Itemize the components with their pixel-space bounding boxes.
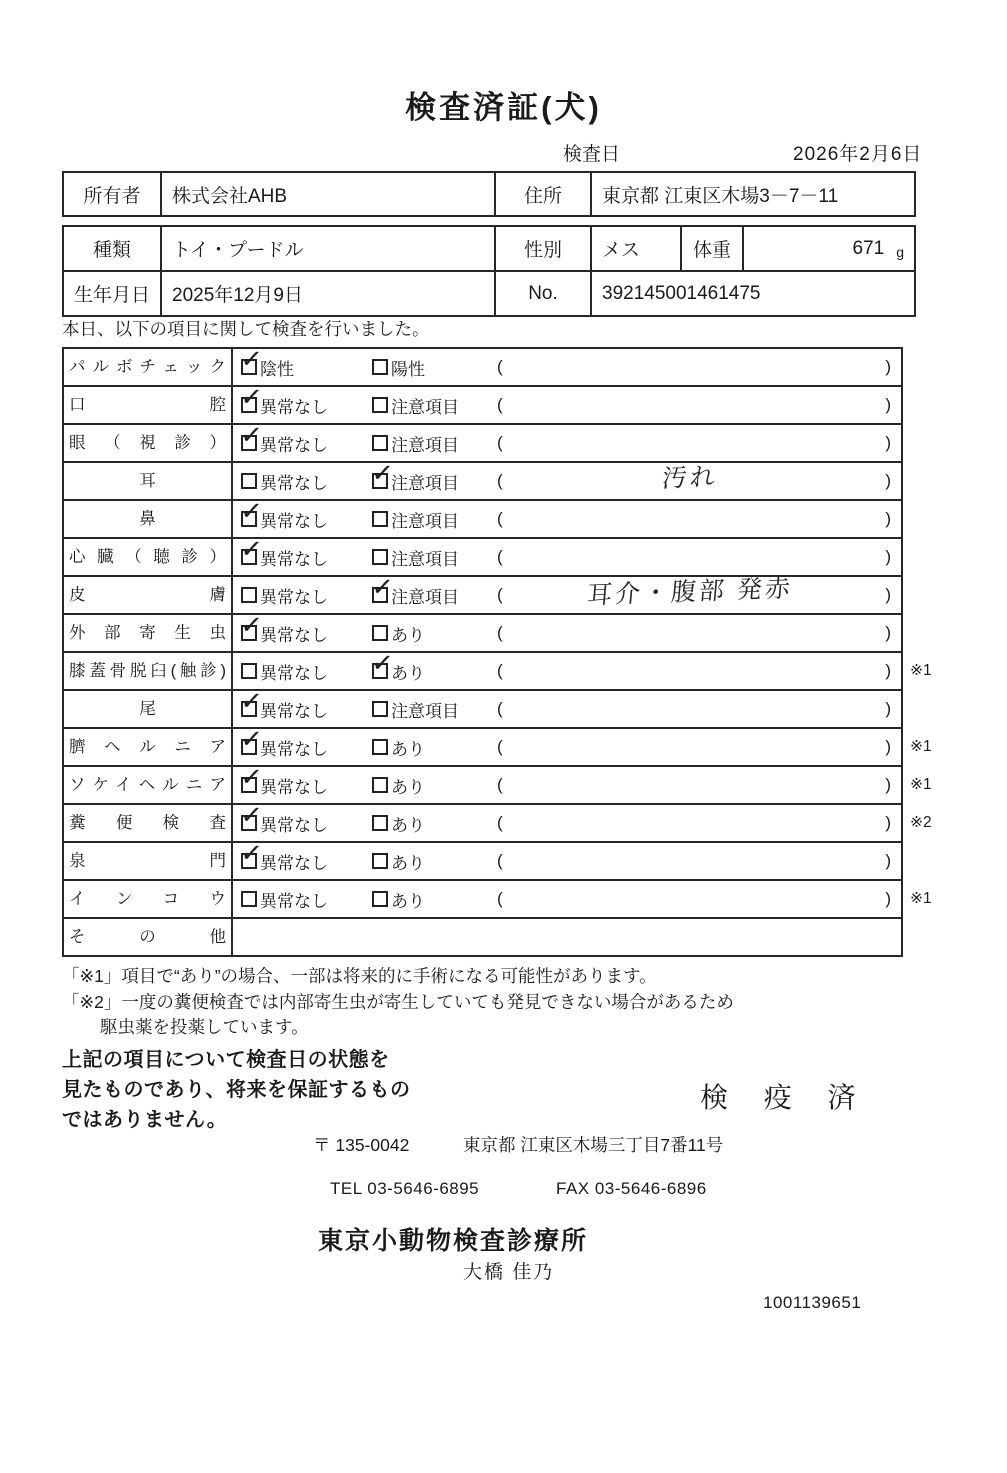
paren-open: ( [497,729,503,765]
option-label: 異常なし [260,697,328,722]
option-label: 注意項目 [391,431,459,456]
row-content [233,919,901,955]
clinic-tel: TEL 03-5646-6895 [330,1179,479,1199]
checkbox-icon: ✓ [241,359,257,375]
row-content: ✓異常なし注意項目() [233,501,901,537]
checklist-row: 皮膚異常なし✓注意項目()耳介・腹部 発赤 [64,575,901,613]
owner-name: 株式会社AHB [160,173,494,215]
paren-close: ) [885,387,891,423]
footnote-2-cont: 駆虫薬を投薬しています。 [100,1014,309,1039]
option-label: 陰性 [260,355,294,380]
row-content: 異常なし✓あり() [233,653,901,689]
checklist-table: パルボチェック✓陰性陽性()口腔✓異常なし注意項目()眼（視診）✓異常なし注意項… [62,347,903,957]
paren-open: ( [497,463,503,499]
paren-close: ) [885,805,891,841]
checkbox-option: 異常なし [241,653,328,689]
owner-address: 東京都 江東区木場3－7－11 [590,173,914,215]
item-label: 膝蓋骨脱臼(触診) [64,653,233,689]
checkbox-icon [372,853,388,869]
paren-open: ( [497,805,503,841]
paren-close: ) [885,349,891,385]
item-label: 臍ヘルニア [64,729,233,765]
paren-open: ( [497,577,503,613]
sex-value: メス [590,227,680,270]
checklist-row: ソケイヘルニア✓異常なしあり()※1 [64,765,901,803]
intro-text: 本日、以下の項目に関して検査を行いました。 [62,316,430,341]
option-label: 異常なし [260,545,328,570]
option-label: 異常なし [260,469,328,494]
item-label: 鼻 [64,501,233,537]
option-label: 異常なし [260,773,328,798]
checkbox-option: あり [372,881,425,917]
paren-close: ) [885,539,891,575]
option-label: あり [391,659,425,684]
checklist-row: 糞便検査✓異常なしあり()※2 [64,803,901,841]
serial-number: 1001139651 [763,1293,861,1313]
item-label: 泉門 [64,843,233,879]
checkbox-icon: ✓ [241,853,257,869]
paren-open: ( [497,691,503,727]
checkbox-option: ✓異常なし [241,729,328,765]
checklist-row: 外部寄生虫✓異常なしあり() [64,613,901,651]
pet-row-2: 生年月日 2025年12月9日 No. 392145001461475 [64,270,914,315]
no-label: No. [494,272,590,315]
veterinarian-name: 大橋 佳乃 [463,1257,554,1284]
checkbox-option: ✓異常なし [241,425,328,461]
checklist-row: 口腔✓異常なし注意項目() [64,385,901,423]
checkbox-option: あり [372,729,425,765]
paren-open: ( [497,615,503,651]
option-label: あり [391,887,425,912]
option-label: 異常なし [260,507,328,532]
row-content: ✓異常なしあり() [233,843,901,879]
checkbox-icon [241,891,257,907]
option-label: 注意項目 [391,469,459,494]
checkbox-icon [241,587,257,603]
checkbox-icon [241,663,257,679]
footnote-ref-mark: ※1 [910,729,932,765]
paren-close: ) [885,881,891,917]
checkbox-icon [241,473,257,489]
checkbox-icon [372,891,388,907]
owner-table: 所有者 株式会社AHB 住所 東京都 江東区木場3－7－11 [62,171,916,217]
checklist-row: パルボチェック✓陰性陽性() [64,349,901,385]
paren-close: ) [885,653,891,689]
checkbox-icon [372,359,388,375]
checkbox-icon [372,739,388,755]
option-label: 異常なし [260,887,328,912]
disclaimer-line-3: ではありません。 [62,1103,227,1132]
checklist-row: その他 [64,917,901,955]
checkbox-option: 陽性 [372,349,425,385]
option-label: 注意項目 [391,697,459,722]
weight-label: 体重 [680,227,742,270]
row-content: ✓異常なしあり() [233,615,901,651]
checkbox-icon [372,435,388,451]
clinic-fax: FAX 03-5646-6896 [556,1179,707,1199]
option-label: 注意項目 [391,545,459,570]
checkbox-icon: ✓ [241,549,257,565]
page-title: 検査済証(犬) [0,82,1007,127]
weight-number: 671 [853,238,885,260]
clinic-postal-code: 〒 135-0042 [313,1132,409,1157]
paren-open: ( [497,653,503,689]
checkbox-option: ✓あり [372,653,425,689]
checkbox-icon: ✓ [241,625,257,641]
item-label: 心臓（聴診） [64,539,233,575]
checklist-row: 鼻✓異常なし注意項目() [64,499,901,537]
paren-open: ( [497,387,503,423]
checkbox-icon: ✓ [241,701,257,717]
footnote-2: 「※2」一度の糞便検査では内部寄生虫が寄生していても発見できない場合があるため [62,989,734,1014]
row-content: 異常なしあり() [233,881,901,917]
row-content: ✓陰性陽性() [233,349,901,385]
checkbox-option: ✓異常なし [241,539,328,575]
checkbox-icon [372,701,388,717]
footnote-ref-mark: ※1 [910,881,932,917]
exam-date-value: 2026年2月6日 [793,139,922,166]
disclaimer-line-1: 上記の項目について検査日の状態を [62,1043,390,1072]
option-label: 異常なし [260,811,328,836]
checkbox-icon: ✓ [241,815,257,831]
item-label: 口腔 [64,387,233,423]
checkbox-option: ✓異常なし [241,501,328,537]
footnote-ref-mark: ※2 [910,805,932,841]
breed-value: トイ・プードル [160,227,494,270]
checkbox-icon [372,511,388,527]
checkbox-icon [372,549,388,565]
row-content: ✓異常なし注意項目() [233,691,901,727]
checkbox-icon [372,777,388,793]
row-content: 異常なし✓注意項目()汚れ [233,463,901,499]
paren-close: ) [885,729,891,765]
checkbox-option: 注意項目 [372,539,459,575]
option-label: あり [391,849,425,874]
checkbox-option: あり [372,767,425,803]
checkbox-icon: ✓ [241,397,257,413]
row-content: 異常なし✓注意項目()耳介・腹部 発赤 [233,577,901,613]
checkbox-option: ✓陰性 [241,349,294,385]
item-label: インコウ [64,881,233,917]
row-content: ✓異常なしあり() [233,767,901,803]
checklist-row: 泉門✓異常なしあり() [64,841,901,879]
weight-value: 671 g [742,227,914,270]
checklist-row: 耳異常なし✓注意項目()汚れ [64,461,901,499]
checkbox-option: ✓異常なし [241,843,328,879]
checkbox-option: ✓注意項目 [372,577,459,613]
checkbox-option: ✓異常なし [241,691,328,727]
checkbox-option: ✓異常なし [241,805,328,841]
checkbox-icon: ✓ [372,663,388,679]
pet-table: 種類 トイ・プードル 性別 メス 体重 671 g 生年月日 2025年12月9… [62,225,916,317]
pet-row-1: 種類 トイ・プードル 性別 メス 体重 671 g [64,227,914,270]
checkbox-icon: ✓ [241,435,257,451]
paren-open: ( [497,843,503,879]
checkbox-icon: ✓ [372,473,388,489]
birth-value: 2025年12月9日 [160,272,494,315]
checkbox-icon: ✓ [241,511,257,527]
disclaimer-line-2: 見たものであり、将来を保証するもの [62,1073,411,1102]
option-label: 陽性 [391,355,425,380]
checkbox-option: 異常なし [241,881,328,917]
checkbox-option: 注意項目 [372,691,459,727]
checkbox-option: 異常なし [241,577,328,613]
clinic-address: 東京都 江東区木場三丁目7番11号 [463,1132,723,1157]
paren-open: ( [497,425,503,461]
paren-close: ) [885,577,891,613]
paren-close: ) [885,843,891,879]
option-label: 注意項目 [391,507,459,532]
option-label: 異常なし [260,621,328,646]
item-label: 眼（視診） [64,425,233,461]
item-label: 外部寄生虫 [64,615,233,651]
row-content: ✓異常なしあり() [233,729,901,765]
item-label: ソケイヘルニア [64,767,233,803]
clinic-name: 東京小動物検査診療所 [318,1221,588,1257]
weight-unit: g [896,244,904,260]
checkbox-option: 注意項目 [372,387,459,423]
row-content: ✓異常なし注意項目() [233,387,901,423]
item-label: 糞便検査 [64,805,233,841]
checkbox-option: 注意項目 [372,425,459,461]
sex-label: 性別 [494,227,590,270]
option-label: 異常なし [260,393,328,418]
checkbox-option: 異常なし [241,463,328,499]
option-label: 異常なし [260,431,328,456]
birth-label: 生年月日 [64,272,160,315]
option-label: あり [391,773,425,798]
paren-close: ) [885,767,891,803]
item-label: 皮膚 [64,577,233,613]
owner-label: 所有者 [64,173,160,215]
item-label: 尾 [64,691,233,727]
checkbox-icon [372,397,388,413]
paren-open: ( [497,767,503,803]
breed-label: 種類 [64,227,160,270]
address-label: 住所 [494,173,590,215]
item-label: 耳 [64,463,233,499]
option-label: 異常なし [260,583,328,608]
footnote-ref-mark: ※1 [910,653,932,689]
checkbox-icon [372,625,388,641]
paren-open: ( [497,501,503,537]
checkbox-option: ✓注意項目 [372,463,459,499]
option-label: 異常なし [260,735,328,760]
option-label: 注意項目 [391,583,459,608]
option-label: あり [391,735,425,760]
checkbox-option: ✓異常なし [241,767,328,803]
checkbox-option: ✓異常なし [241,615,328,651]
paren-close: ) [885,691,891,727]
paren-open: ( [497,349,503,385]
paren-close: ) [885,425,891,461]
checkbox-icon [372,815,388,831]
footnote-ref-mark: ※1 [910,767,932,803]
exam-date-label: 検査日 [563,139,620,166]
option-label: 異常なし [260,849,328,874]
paren-close: ) [885,501,891,537]
checkbox-option: あり [372,805,425,841]
footnote-1: 「※1」項目で“あり”の場合、一部は将来的に手術になる可能性があります。 [62,963,657,988]
checkbox-icon: ✓ [241,777,257,793]
checkbox-icon: ✓ [241,739,257,755]
item-label: パルボチェック [64,349,233,385]
checkbox-option: あり [372,843,425,879]
option-label: 注意項目 [391,393,459,418]
row-content: ✓異常なしあり() [233,805,901,841]
checkbox-icon: ✓ [372,587,388,603]
checklist-row: インコウ異常なしあり()※1 [64,879,901,917]
paren-open: ( [497,881,503,917]
option-label: あり [391,811,425,836]
paren-close: ) [885,615,891,651]
checklist-row: 尾✓異常なし注意項目() [64,689,901,727]
item-label: その他 [64,919,233,955]
checkbox-option: 注意項目 [372,501,459,537]
quarantine-stamp: 検 疫 済 [700,1076,870,1116]
paren-close: ) [885,463,891,499]
option-label: あり [391,621,425,646]
checklist-row: 臍ヘルニア✓異常なしあり()※1 [64,727,901,765]
checkbox-option: ✓異常なし [241,387,328,423]
option-label: 異常なし [260,659,328,684]
owner-row: 所有者 株式会社AHB 住所 東京都 江東区木場3－7－11 [64,173,914,215]
checklist-row: 膝蓋骨脱臼(触診)異常なし✓あり()※1 [64,651,901,689]
no-value: 392145001461475 [590,272,914,315]
certificate-page: 検査済証(犬) 検査日 2026年2月6日 所有者 株式会社AHB 住所 東京都… [0,0,1007,1473]
checkbox-option: あり [372,615,425,651]
paren-open: ( [497,539,503,575]
